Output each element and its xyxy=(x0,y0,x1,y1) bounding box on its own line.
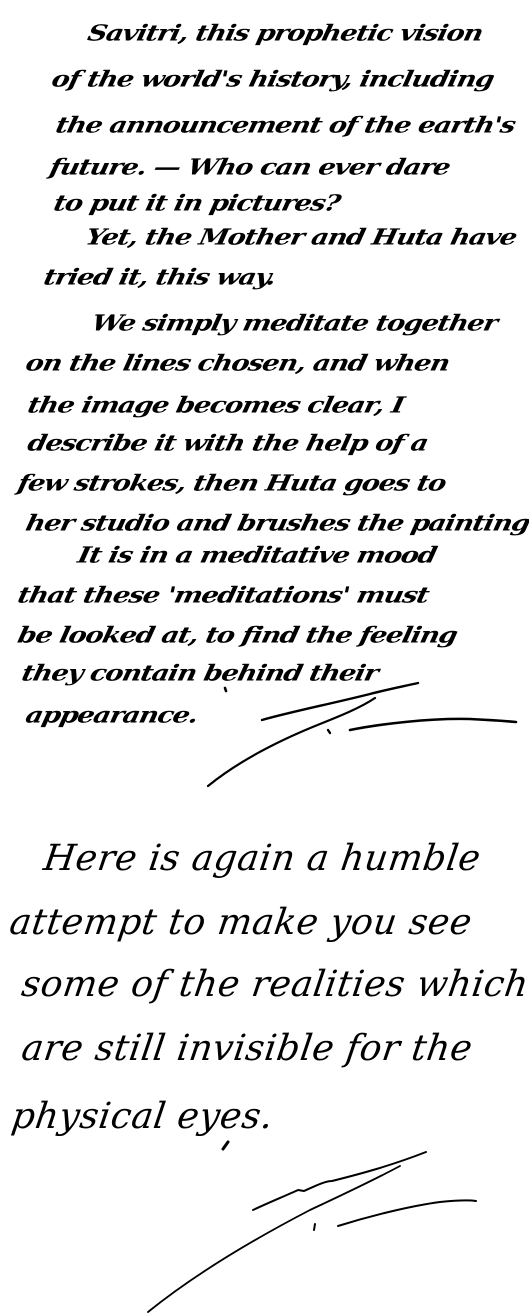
note-line: We simply meditate together xyxy=(89,311,499,336)
note-line: be looked at, to find the feeling xyxy=(15,623,459,648)
note-line: on the lines chosen, and when xyxy=(23,351,451,376)
note-line: few strokes, then Huta goes to xyxy=(15,471,448,496)
note-line: Here is again a humble xyxy=(41,838,483,879)
note-line: tried it, this way. xyxy=(41,265,277,290)
signature-mark-icon xyxy=(180,670,529,810)
note-line: It is in a meditative mood xyxy=(75,543,438,568)
note-line: are still invisible for the xyxy=(19,1028,475,1069)
note-line: some of the realities which xyxy=(19,964,529,1005)
note-line: to put it in pictures? xyxy=(51,191,342,216)
note-line: Yet, the Mother and Huta have xyxy=(83,225,518,250)
signature-1 xyxy=(180,670,529,810)
note-line: attempt to make you see xyxy=(7,902,475,943)
note-line: her studio and brushes the painting. xyxy=(23,511,529,536)
signature-mark-icon xyxy=(120,1140,529,1313)
note-line: of the world's history, including xyxy=(49,67,496,92)
note-line: describe it with the help of a xyxy=(25,431,430,456)
note-line: the image becomes clear, I xyxy=(25,393,406,418)
signature-2 xyxy=(120,1140,529,1313)
handwritten-note-savitri: Savitri, this prophetic vision of the wo… xyxy=(0,0,529,800)
note-line: that these 'meditations' must xyxy=(15,583,430,608)
handwritten-note-humble-attempt: Here is again a humble attempt to make y… xyxy=(0,820,529,1313)
note-line: the announcement of the earth's xyxy=(53,113,517,138)
note-line: physical eyes. xyxy=(9,1096,276,1137)
note-line: appearance. xyxy=(23,703,199,728)
note-line: Savitri, this prophetic vision xyxy=(85,21,484,46)
note-line: future. — Who can ever dare xyxy=(47,155,452,180)
